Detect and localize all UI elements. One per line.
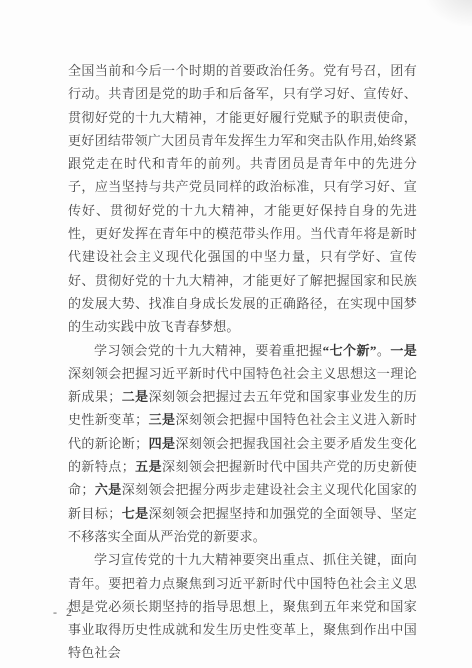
- page-number: - 2 -: [53, 605, 88, 620]
- emphasis-text: 三是: [148, 412, 175, 427]
- scanned-document-page: 全国当前和今后一个时期的首要政治任务。党有号召，团有行动。共青团是党的助手和后备…: [0, 0, 472, 668]
- scan-noise-artifact: [426, 0, 472, 26]
- emphasis-text: 五是: [135, 459, 162, 474]
- emphasis-text: 七是: [122, 506, 149, 521]
- emphasis-text: “七个新”: [323, 343, 377, 358]
- body-text: 。: [377, 343, 391, 358]
- paragraph: 学习领会党的十九大精神，要着重把握“七个新”。一是深刻领会把握习近平新时代中国特…: [68, 339, 417, 549]
- document-body: 全国当前和今后一个时期的首要政治任务。党有号召，团有行动。共青团是党的助手和后备…: [68, 59, 417, 665]
- body-text: 全国当前和今后一个时期的首要政治任务。党有号召，团有行动。共青团是党的助手和后备…: [68, 63, 417, 334]
- emphasis-text: 二是: [122, 389, 149, 404]
- emphasis-text: 六是: [95, 482, 122, 497]
- emphasis-text: 四是: [148, 436, 175, 451]
- paragraph: 全国当前和今后一个时期的首要政治任务。党有号召，团有行动。共青团是党的助手和后备…: [68, 59, 417, 339]
- body-text: 学习宣传党的十九大精神要突出重点、抓住关键，面向青年。要把着力点聚焦到习近平新时…: [68, 552, 417, 660]
- body-text: 学习领会党的十九大精神，要着重把握: [94, 343, 323, 358]
- paragraph: 学习宣传党的十九大精神要突出重点、抓住关键，面向青年。要把着力点聚焦到习近平新时…: [68, 548, 417, 664]
- emphasis-text: 一是: [390, 343, 417, 358]
